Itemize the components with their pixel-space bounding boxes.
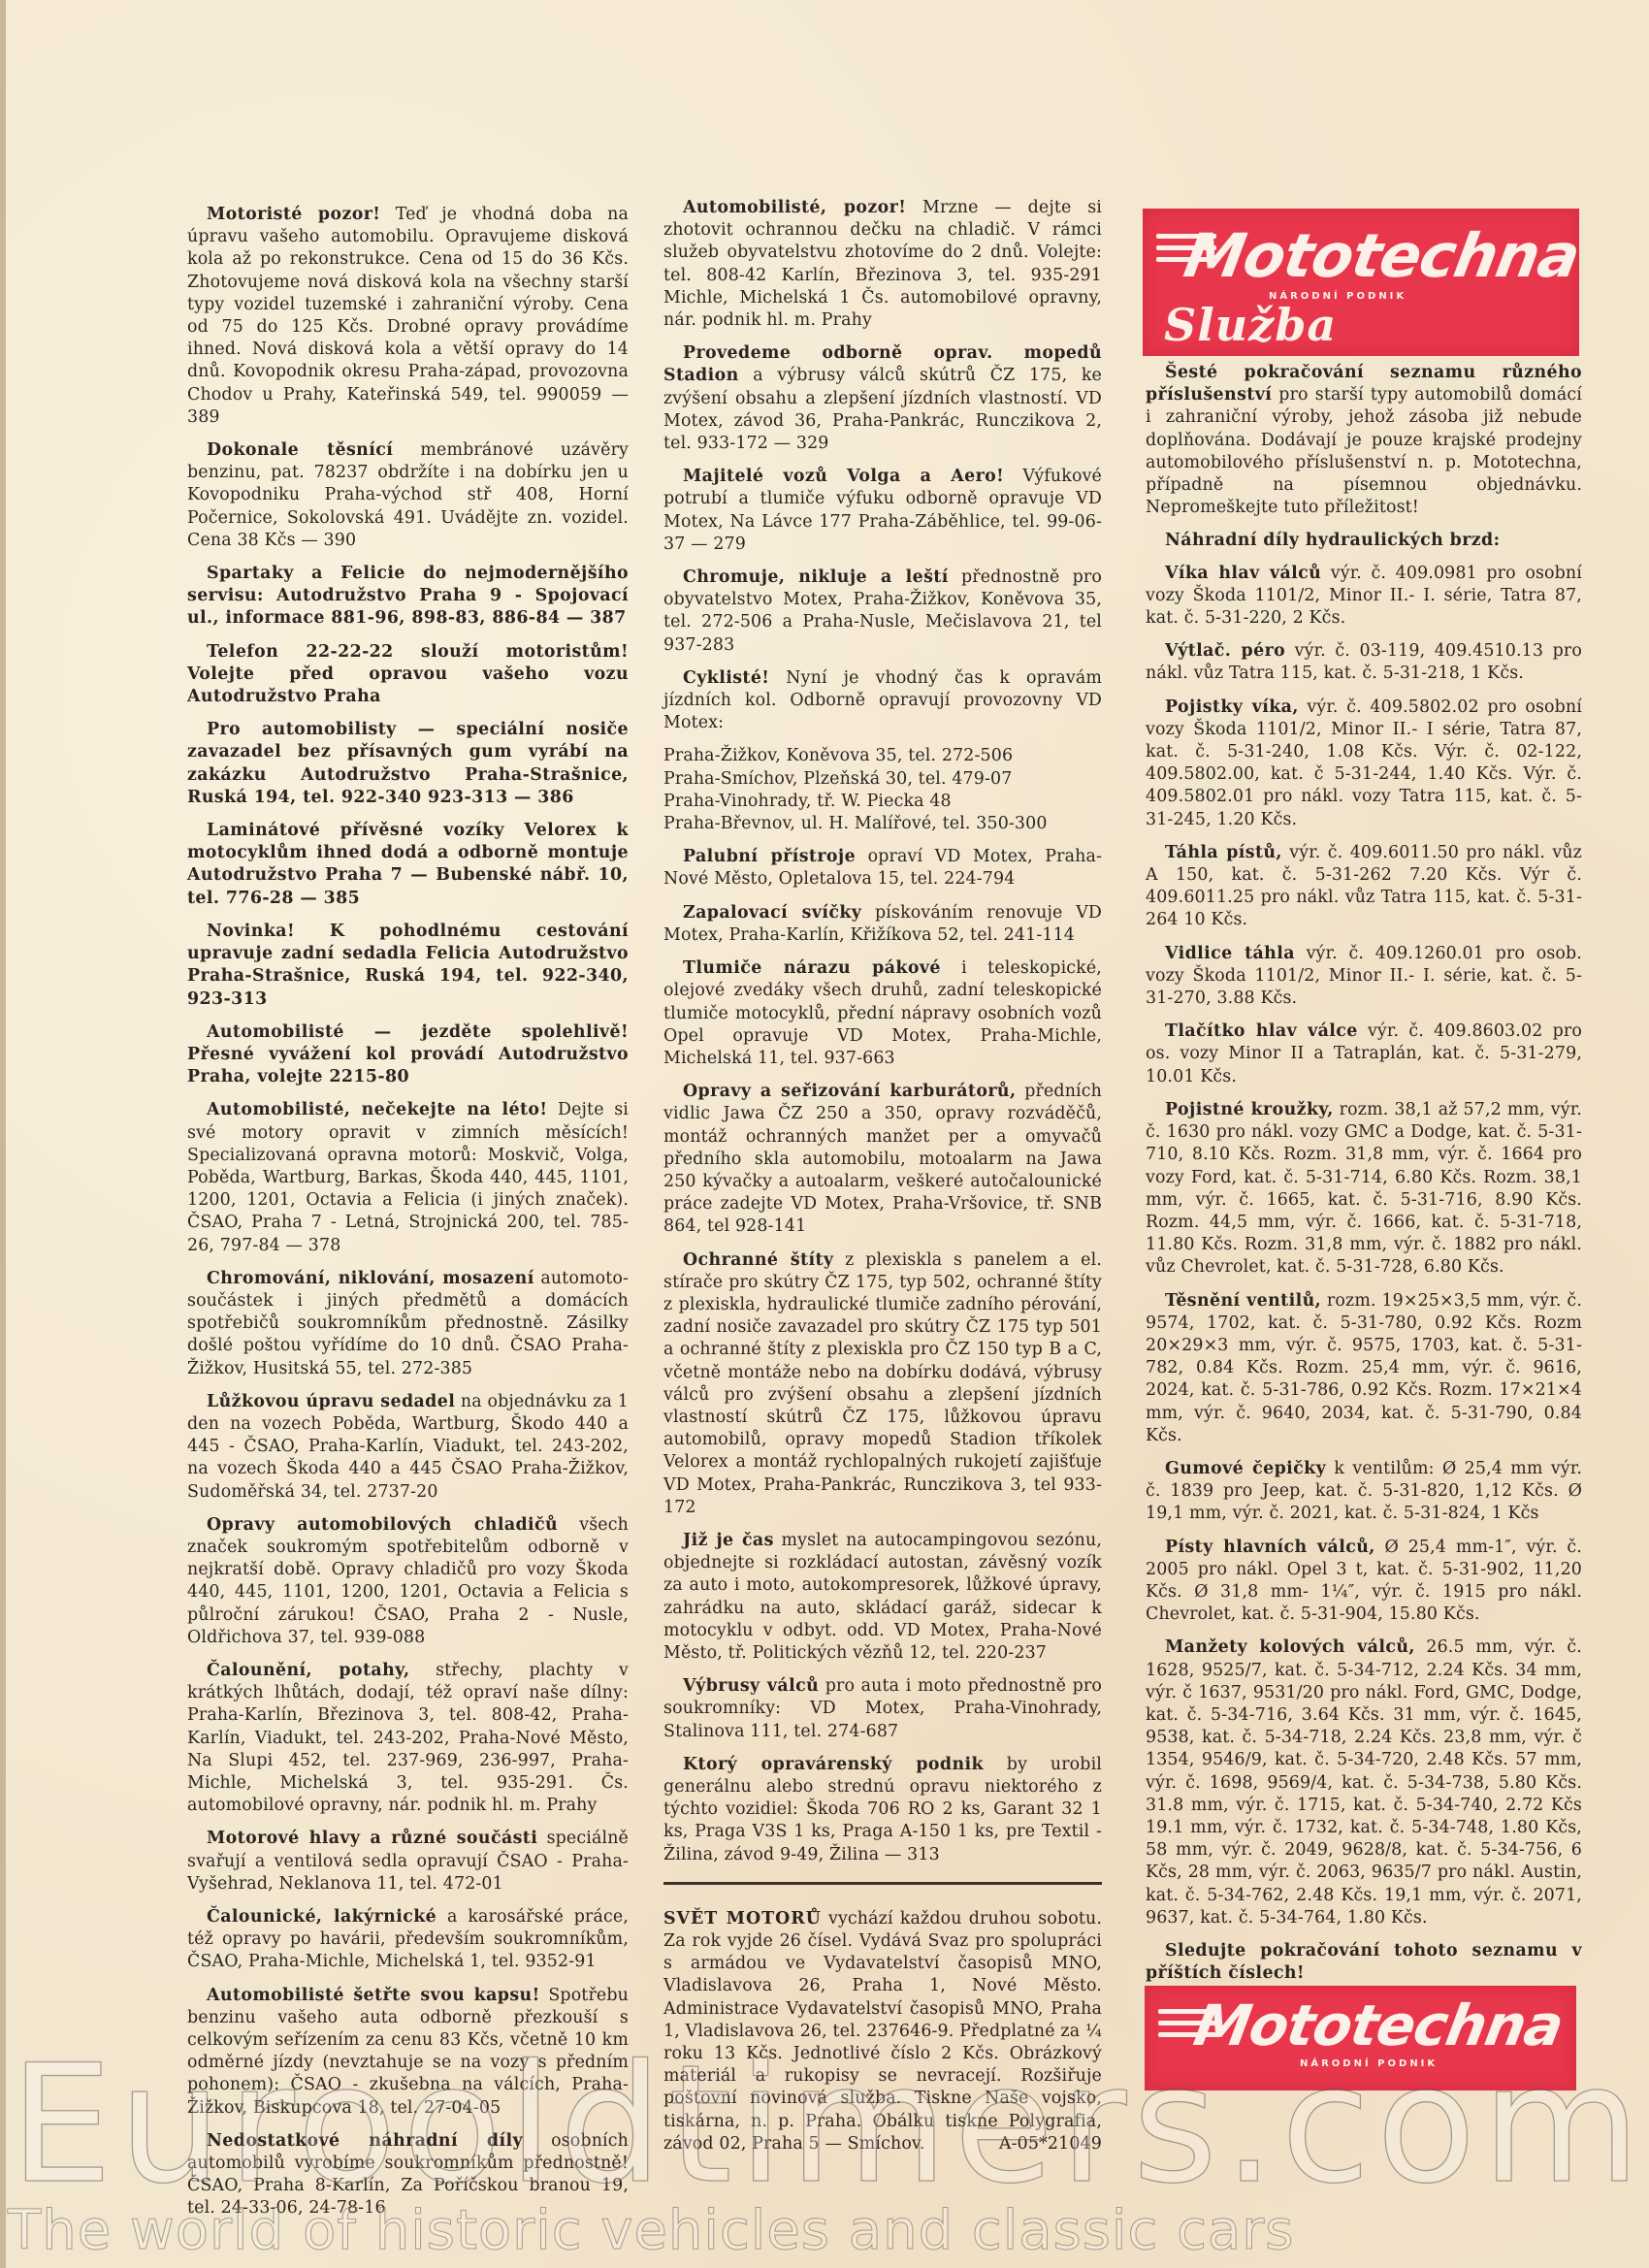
magazine-imprint: SVĚT MOTORŮ vychází každou druhou sobotu… [663, 1908, 1102, 2155]
ad-paragraph: Víka hlav válců výr. č. 409.0981 pro oso… [1146, 563, 1582, 631]
ad-paragraph: Těsnění ventilů, rozm. 19×25×3,5 mm, výr… [1146, 1290, 1582, 1447]
ad-body: Dejte si své motory opravit v zimních mě… [187, 1100, 629, 1254]
ad-body: Spotřebu benzinu vašeho auta odborně pře… [187, 1986, 629, 2118]
ad-lead: Pojistné kroužky, [1165, 1100, 1334, 1119]
ad-paragraph: Zapalovací svíčky pískováním renovuje VD… [663, 902, 1102, 947]
ad-paragraph: Automobilisté šetřte svou kapsu! Spotřeb… [187, 1985, 629, 2120]
intro-text: pro starší typy automobilů domácí i zahr… [1146, 385, 1582, 517]
ad-lead: Chromování, niklování, mosazení [207, 1269, 534, 1288]
ad-paragraph: Chromování, niklování, mosazení automoto… [187, 1268, 629, 1380]
ad-body: myslet na autocampingovou sezónu, objedn… [663, 1531, 1102, 1663]
ad-lead: Těsnění ventilů, [1165, 1291, 1321, 1311]
ad-lead: Zapalovací svíčky [683, 903, 861, 923]
classified-ads-list: Automobilisté, pozor! Mrzne — dejte si z… [663, 197, 1102, 734]
ad-paragraph: Spartaky a Felicie do nejmodernějšího se… [187, 563, 629, 631]
ad-paragraph: Ochranné štíty z plexiskla s panelem a e… [663, 1249, 1102, 1519]
brand-subtitle: NÁRODNÍ PODNIK [1300, 2058, 1438, 2069]
ad-body: střechy, plachty v krátkých lhůtách, dod… [187, 1661, 629, 1815]
ad-paragraph: Již je čas myslet na autocampingovou sez… [663, 1530, 1102, 1665]
ad-paragraph: Tlumiče nárazu pákové i teleskopické, ol… [663, 957, 1102, 1070]
imprint-text: vychází každou druhou sobotu. Za rok vyj… [663, 1909, 1102, 2154]
column-right: Šesté pokračování seznamu různého příslu… [1146, 362, 1582, 1985]
ad-lead: Víka hlav válců [1165, 564, 1321, 583]
ad-paragraph: Výbrusy válců pro auta i moto přednostně… [663, 1675, 1102, 1743]
classified-ads-list: Motoristé pozor! Teď je vhodná doba na ú… [187, 204, 629, 2220]
ad-paragraph: Manžety kolových válců, 26.5 mm, výr. č.… [1146, 1636, 1582, 1929]
ad-lead: Nedostatkové náhradní díly [207, 2131, 523, 2151]
ad-paragraph: Novinka! K pohodlnému cestování upravuje… [187, 921, 629, 1011]
ad-lead: Pojistky víka, [1165, 697, 1299, 717]
ad-lead: Spartaky a Felicie do nejmodernějšího se… [187, 564, 629, 628]
ad-lead: Čalounění, potahy, [207, 1661, 409, 1680]
ad-lead: Opravy a seřizování karburátorů, [683, 1082, 1016, 1101]
ad-paragraph: Majitelé vozů Volga a Aero! Výfukové pot… [663, 466, 1102, 556]
ad-lead: Automobilisté, nečekejte na léto! [207, 1100, 547, 1119]
ad-paragraph: Vidlice táhla výr. č. 409.1260.01 pro os… [1146, 943, 1582, 1011]
ad-lead: Telefon 22-22-22 slouží motoristům! Vole… [187, 642, 629, 706]
ad-paragraph: Provedeme odborně oprav. mopedů Stadion … [663, 342, 1102, 455]
ad-lead: Automobilisté šetřte svou kapsu! [207, 1986, 540, 2005]
classified-ads-list: Palubní přístroje opraví VD Motex, Praha… [663, 846, 1102, 1866]
ad-lead: Chromuje, nikluje a leští [683, 567, 949, 587]
ad-paragraph: Automobilisté, nečekejte na léto! Dejte … [187, 1099, 629, 1256]
ad-body: Teď je vhodná doba na úpravu vašeho auto… [187, 205, 629, 427]
brand-logo: Mototechna [1189, 1993, 1568, 2057]
ad-paragraph: Tlačítko hlav válce výr. č. 409.8603.02 … [1146, 1021, 1582, 1088]
ad-lead: Motorové hlavy a různé součásti [207, 1829, 537, 1848]
imprint-title: SVĚT MOTORŮ [663, 1909, 822, 1928]
ad-lead: Táhla pístů, [1165, 843, 1282, 862]
column-middle: Automobilisté, pozor! Mrzne — dejte si z… [663, 197, 1102, 2155]
section-heading: Náhradní díly hydraulických brzd: [1146, 530, 1582, 552]
closing-note: Sledujte pokračování tohoto seznamu v př… [1146, 1940, 1582, 1985]
ad-paragraph: Motoristé pozor! Teď je vhodná doba na ú… [187, 204, 629, 429]
ad-paragraph: Táhla pístů, výr. č. 409.6011.50 pro nák… [1146, 842, 1582, 932]
ad-lead: Ktorý opravárenský podnik [683, 1755, 984, 1774]
ad-body: předních vidlic Jawa ČZ 250 a 350, oprav… [663, 1082, 1102, 1236]
ad-lead: Majitelé vozů Volga a Aero! [683, 467, 1004, 486]
ad-lead: Lůžkovou úpravu sedadel [207, 1392, 455, 1411]
separator-rule [663, 1882, 1102, 1885]
ad-paragraph: Opravy automobilových chladičů všech zna… [187, 1514, 629, 1649]
ad-paragraph: Nedostatkové náhradní díly osobních auto… [187, 2130, 629, 2220]
ad-paragraph: Čalounické, lakýrnické a karosářské prác… [187, 1906, 629, 1974]
ad-paragraph: Gumové čepičky k ventilům: Ø 25,4 mm výr… [1146, 1458, 1582, 1526]
ad-paragraph: Pojistné kroužky, rozm. 38,1 až 57,2 mm,… [1146, 1099, 1582, 1280]
ad-paragraph: Automobilisté, pozor! Mrzne — dejte si z… [663, 197, 1102, 332]
ad-body: rozm. 38,1 až 57,2 mm, výr. č. 1630 pro … [1146, 1100, 1582, 1277]
ad-paragraph: Dokonale těsnící membránové uzávěry benz… [187, 439, 629, 552]
ad-body: z plexiskla s panelem a el. stírače pro … [663, 1250, 1102, 1517]
ad-paragraph: Pro automobilisty — speciální nosiče zav… [187, 719, 629, 809]
ad-paragraph: Laminátové přívěsné vozíky Velorex k mot… [187, 820, 629, 910]
ad-paragraph: Motorové hlavy a různé součásti speciáln… [187, 1828, 629, 1895]
ad-lead: Novinka! K pohodlnému cestování upravuje… [187, 922, 629, 1009]
ad-paragraph: Opravy a seřizování karburátorů, předníc… [663, 1081, 1102, 1238]
ad-body: všech značek soukromým spotřebitelům odb… [187, 1515, 629, 1647]
ad-lead: Tlačítko hlav válce [1165, 1021, 1358, 1041]
ad-lead: Automobilisté, pozor! [683, 198, 906, 217]
ad-lead: Cyklisté! [683, 668, 769, 688]
parts-list: Víka hlav válců výr. č. 409.0981 pro oso… [1146, 563, 1582, 1929]
ad-paragraph: Automobilisté — jezděte spolehlivě! Přes… [187, 1021, 629, 1089]
mototechna-banner-top: Mototechna NÁRODNÍ PODNIK Služba motoris… [1143, 209, 1579, 356]
ad-lead: Manžety kolových válců, [1165, 1637, 1415, 1657]
ad-paragraph: Pojistky víka, výr. č. 409.5802.02 pro o… [1146, 697, 1582, 831]
ad-paragraph: Čalounění, potahy, střechy, plachty v kr… [187, 1660, 629, 1817]
ad-lead: Vidlice táhla [1165, 944, 1295, 963]
ad-lead: Pro automobilisty — speciální nosiče zav… [187, 720, 629, 807]
ad-paragraph: Palubní přístroje opraví VD Motex, Praha… [663, 846, 1102, 891]
ad-lead: Již je čas [683, 1531, 774, 1550]
ad-lead: Palubní přístroje [683, 847, 856, 866]
workshop-address: Praha-Žižkov, Koněvova 35, tel. 272-506 [663, 745, 1102, 767]
ad-lead: Výbrusy válců [683, 1676, 819, 1696]
workshop-address: Praha-Smíchov, Plzeňská 30, tel. 479-07 [663, 768, 1102, 791]
parts-list-intro: Šesté pokračování seznamu různého příslu… [1146, 362, 1582, 519]
ad-paragraph: Lůžkovou úpravu sedadel na objednávku za… [187, 1391, 629, 1504]
ad-lead: Gumové čepičky [1165, 1459, 1326, 1478]
ad-body: rozm. 19×25×3,5 mm, výr. č. 9574, 1702, … [1146, 1291, 1582, 1445]
ad-lead: Laminátové přívěsné vozíky Velorex k mot… [187, 821, 629, 908]
imprint-code: A-05*21049 [999, 2133, 1102, 2155]
ad-body: výr. č. 409.5802.02 pro osobní vozy Škod… [1146, 697, 1582, 829]
brand-logo: Mototechna [1180, 222, 1579, 290]
ad-lead: Čalounické, lakýrnické [207, 1907, 436, 1927]
ad-lead: Motoristé pozor! [207, 205, 380, 224]
ad-lead: Písty hlavních válců, [1165, 1538, 1375, 1557]
brand-slogan: Služba motoristům [1164, 298, 1579, 356]
ad-lead: Automobilisté — jezděte spolehlivě! Přes… [187, 1022, 629, 1086]
ad-body: 26.5 mm, výr. č. 1628, 9525/7, kat. č. 5… [1146, 1637, 1582, 1927]
workshop-address: Praha-Břevnov, ul. H. Malířové, tel. 350… [663, 813, 1102, 835]
ad-body: Mrzne — dejte si zhotovit ochrannou dečk… [663, 198, 1102, 330]
ad-lead: Opravy automobilových chladičů [207, 1515, 558, 1535]
page-edge [0, 0, 6, 2268]
ad-paragraph: Telefon 22-22-22 slouží motoristům! Vole… [187, 641, 629, 709]
workshop-address: Praha-Vinohrady, tř. W. Piecka 48 [663, 791, 1102, 813]
ad-paragraph: Písty hlavních válců, Ø 25,4 mm-1″, výr.… [1146, 1537, 1582, 1627]
ad-paragraph: Výtlač. péro výr. č. 03-119, 409.4510.13… [1146, 640, 1582, 685]
column-left: Motoristé pozor! Teď je vhodná doba na ú… [187, 204, 629, 2231]
ad-lead: Ochranné štíty [683, 1250, 833, 1270]
ad-lead: Výtlač. péro [1165, 641, 1285, 661]
workshop-address-list: Praha-Žižkov, Koněvova 35, tel. 272-506P… [663, 745, 1102, 835]
mototechna-banner-bottom: Mototechna NÁRODNÍ PODNIK [1145, 1986, 1576, 2090]
ad-lead: Tlumiče nárazu pákové [683, 958, 941, 978]
ad-lead: Dokonale těsnící [207, 440, 393, 460]
ad-paragraph: Cyklisté! Nyní je vhodný čas k opravám j… [663, 667, 1102, 735]
ad-paragraph: Ktorý opravárenský podnik by urobil gene… [663, 1754, 1102, 1866]
ad-paragraph: Chromuje, nikluje a leští přednostně pro… [663, 567, 1102, 657]
